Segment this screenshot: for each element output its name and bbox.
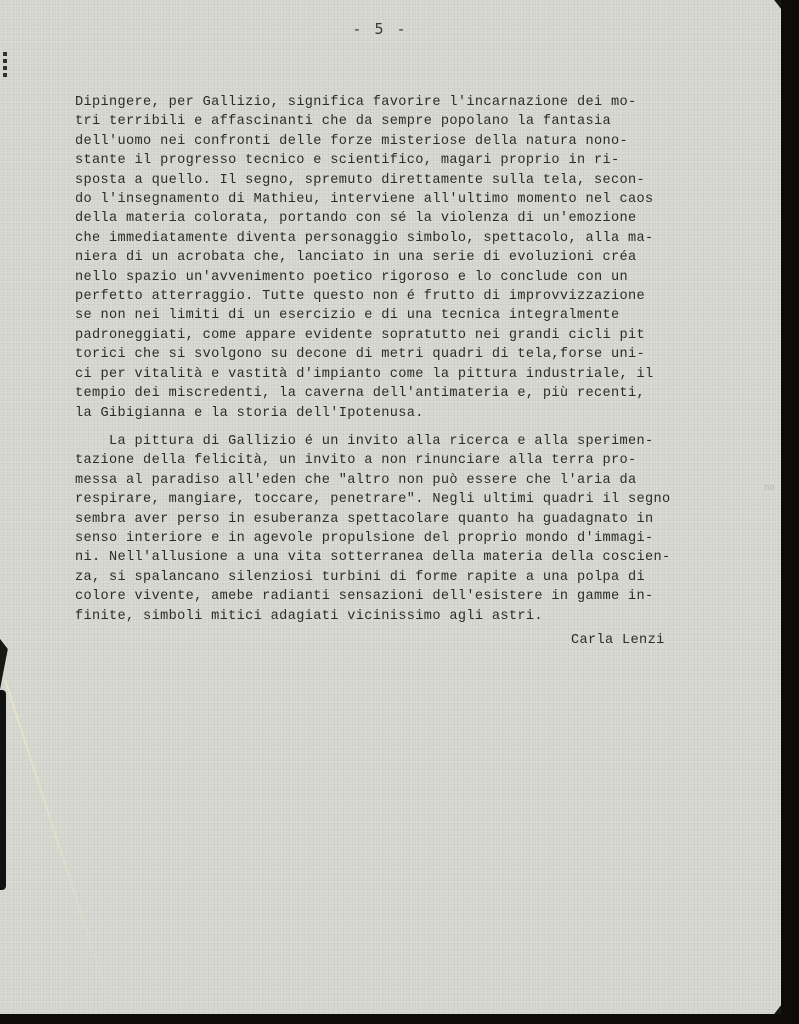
paragraph-2: La pittura di Gallizio é un invito alla … [75, 432, 775, 626]
binding-marks [3, 52, 7, 80]
text-line: senso interiore e in agevole propulsione… [75, 529, 775, 548]
text-line: do l'insegnamento di Mathieu, interviene… [75, 190, 775, 209]
text-line: dell'uomo nei confronti delle forze mist… [75, 132, 775, 151]
text-line: tri terribili e affascinanti che da semp… [75, 112, 775, 131]
text-line: sembra aver perso in esuberanza spettaco… [75, 510, 775, 529]
page-number: - 5 - [0, 20, 760, 38]
text-line: finite, simboli mitici adagiati viciniss… [75, 607, 775, 626]
text-line: torici che si svolgono su decone di metr… [75, 345, 775, 364]
text-line: ci per vitalità e vastità d'impianto com… [75, 365, 775, 384]
text-line: tazione della felicità, un invito a non … [75, 451, 775, 470]
margin-bleed-through-text: no [764, 483, 775, 493]
text-line: tempio dei miscredenti, la caverna dell'… [75, 384, 775, 403]
text-line: ni. Nell'allusione a una vita sotterrane… [75, 548, 775, 567]
text-line: Dipingere, per Gallizio, significa favor… [75, 93, 775, 112]
text-line: perfetto atterraggio. Tutte questo non é… [75, 287, 775, 306]
document-body: Dipingere, per Gallizio, significa favor… [75, 93, 775, 635]
text-line: respirare, mangiare, toccare, penetrare"… [75, 490, 775, 509]
text-line: stante il progresso tecnico e scientific… [75, 151, 775, 170]
author-signature: Carla Lenzi [571, 633, 665, 648]
paper-fold-crease [4, 679, 111, 1003]
torn-edge-shadow [0, 690, 6, 890]
text-line: nello spazio un'avvenimento poetico rigo… [75, 268, 775, 287]
text-line: padroneggiati, come appare evidente sopr… [75, 326, 775, 345]
text-line: za, si spalancano silenziosi turbini di … [75, 568, 775, 587]
text-line: La pittura di Gallizio é un invito alla … [75, 432, 775, 451]
text-line: della materia colorata, portando con sé … [75, 209, 775, 228]
paragraph-1: Dipingere, per Gallizio, significa favor… [75, 93, 775, 423]
text-line: la Gibigianna e la storia dell'Ipotenusa… [75, 404, 775, 423]
document-page: - 5 - Dipingere, per Gallizio, significa… [0, 0, 782, 1014]
text-line: colore vivente, amebe radianti sensazion… [75, 587, 775, 606]
scan-border-right [781, 0, 799, 1024]
text-line: niera di un acrobata che, lanciato in un… [75, 248, 775, 267]
text-line: messa al paradiso all'eden che "altro no… [75, 471, 775, 490]
text-line: sposta a quello. Il segno, spremuto dire… [75, 171, 775, 190]
scan-border-bottom [0, 1014, 799, 1024]
text-line: che immediatamente diventa personaggio s… [75, 229, 775, 248]
text-line: se non nei limiti di un esercizio e di u… [75, 306, 775, 325]
